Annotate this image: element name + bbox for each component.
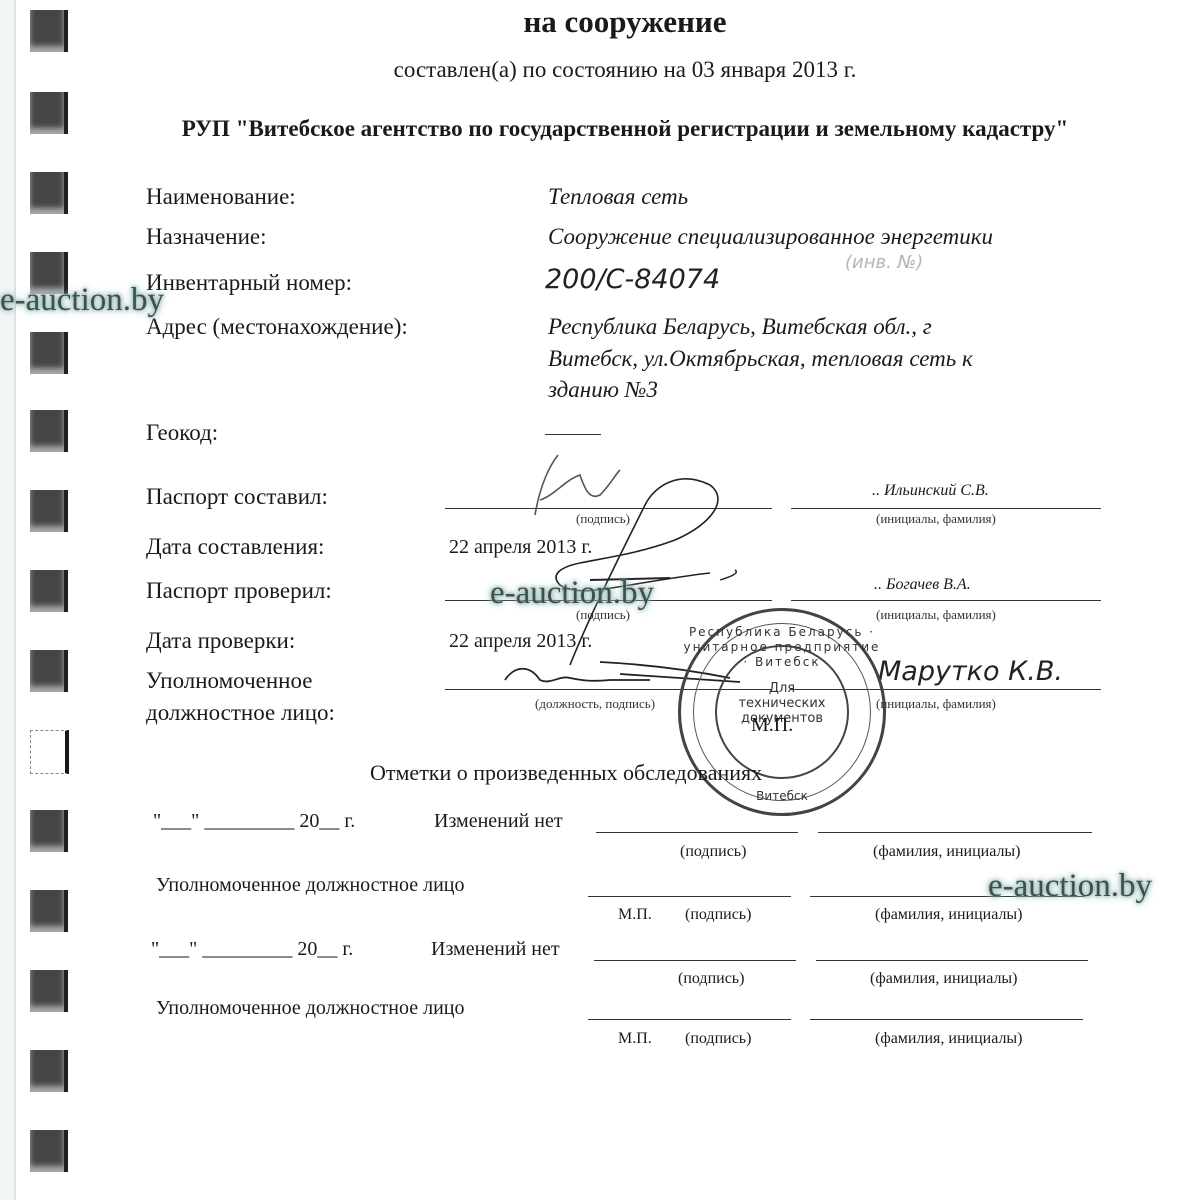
no-changes-label: Изменений нет — [434, 810, 563, 833]
purpose-label: Назначение: — [146, 224, 267, 250]
address-line-3: зданию №3 — [548, 377, 658, 403]
name-line — [818, 832, 1092, 833]
name-line — [816, 960, 1088, 961]
caption-name: (фамилия, инициалы) — [875, 1030, 1023, 1048]
watermark: e-auction.by — [0, 282, 164, 319]
binding-hole — [30, 332, 68, 374]
signature-line — [596, 832, 798, 833]
binding-hole — [30, 172, 68, 214]
binding-hole — [30, 410, 68, 452]
address-line-1: Республика Беларусь, Витебская обл., г — [548, 314, 932, 340]
compiled-date: 22 апреля 2013 г. — [449, 536, 592, 559]
document-title: на сооружение — [0, 4, 1200, 40]
binding-hole — [30, 810, 68, 852]
caption-signature: (подпись) — [678, 970, 744, 988]
official-label-line2: должностное лицо: — [146, 700, 335, 726]
binding-hole — [30, 970, 68, 1012]
signature-line — [594, 960, 796, 961]
mp-label: М.П. — [618, 906, 652, 924]
caption-name: (фамилия, инициалы) — [870, 970, 1018, 988]
name-line — [791, 508, 1101, 509]
binding-hole — [30, 1130, 68, 1172]
inventory-note: (инв. №) — [845, 252, 923, 273]
checked-date-label: Дата проверки: — [146, 628, 295, 654]
inspection-date-template: "___" _________ 20__ г. — [151, 938, 353, 961]
caption-initials: (инициалы, фамилия) — [876, 607, 996, 623]
binding-hole — [30, 490, 68, 532]
binding-hole — [30, 570, 68, 612]
checked-by-name: .. Богачев В.А. — [874, 576, 971, 594]
official-name: Марутко К.В. — [878, 656, 1063, 687]
caption-signature: (подпись) — [576, 511, 630, 527]
geocode-dash — [545, 434, 601, 435]
watermark: e-auction.by — [490, 575, 654, 612]
name-value: Тепловая сеть — [548, 184, 688, 210]
binding-hole — [30, 730, 69, 774]
watermark: e-auction.by — [988, 868, 1152, 905]
compiled-by-name: .. Ильинский С.В. — [872, 482, 989, 500]
stamp-outer-text: Республика Беларусь · унитарное предприя… — [681, 625, 883, 670]
signature-line — [445, 508, 772, 509]
caption-initials: (инициалы, фамилия) — [876, 511, 996, 527]
inspections-heading: Отметки о произведенных обследованиях — [370, 760, 762, 786]
purpose-value: Сооружение специализированное энергетики — [548, 224, 993, 250]
stamp-mp: М.П. — [751, 714, 793, 737]
stamp-city: Витебск — [681, 789, 883, 804]
binding-hole — [30, 650, 68, 692]
official-label: Уполномоченное должностное лицо — [156, 997, 465, 1020]
name-label: Наименование: — [146, 184, 296, 210]
binding-hole — [30, 890, 68, 932]
caption-name: (фамилия, инициалы) — [875, 906, 1023, 924]
inventory-label: Инвентарный номер: — [146, 270, 352, 296]
address-line-2: Витебск, ул.Октябрьская, тепловая сеть к — [548, 346, 973, 372]
inspection-date-template: "___" _________ 20__ г. — [153, 810, 355, 833]
page-edge — [0, 0, 16, 1200]
caption-signature: (подпись) — [680, 843, 746, 861]
organization-name: РУП "Витебское агентство по государствен… — [120, 113, 1130, 145]
caption-initials: (инициалы, фамилия) — [876, 696, 996, 712]
binding-hole — [30, 1050, 68, 1092]
document-subtitle: составлен(а) по состоянию на 03 января 2… — [0, 57, 1200, 83]
inventory-value: 200/С-84074 — [545, 264, 720, 295]
name-line — [810, 1019, 1083, 1020]
caption-signature: (подпись) — [685, 906, 751, 924]
binding-hole — [30, 92, 68, 134]
name-line — [791, 600, 1101, 601]
compiled-date-label: Дата составления: — [146, 534, 324, 560]
checked-by-label: Паспорт проверил: — [146, 578, 332, 604]
address-label: Адрес (местонахождение): — [146, 314, 408, 340]
signature-line — [588, 896, 791, 897]
official-label-line1: Уполномоченное — [146, 668, 312, 694]
compiled-by-label: Паспорт составил: — [146, 484, 328, 510]
caption-name: (фамилия, инициалы) — [873, 843, 1021, 861]
caption-position-signature: (должность, подпись) — [535, 696, 655, 712]
no-changes-label: Изменений нет — [431, 938, 560, 961]
stamp-inner-line2: технических — [681, 696, 883, 711]
caption-signature: (подпись) — [685, 1030, 751, 1048]
official-label: Уполномоченное должностное лицо — [156, 874, 465, 897]
checked-date: 22 апреля 2013 г. — [449, 630, 592, 653]
mp-label: М.П. — [618, 1030, 652, 1048]
signature-line — [588, 1019, 791, 1020]
stamp-inner-line1: Для — [681, 681, 883, 696]
geocode-label: Геокод: — [146, 420, 218, 446]
